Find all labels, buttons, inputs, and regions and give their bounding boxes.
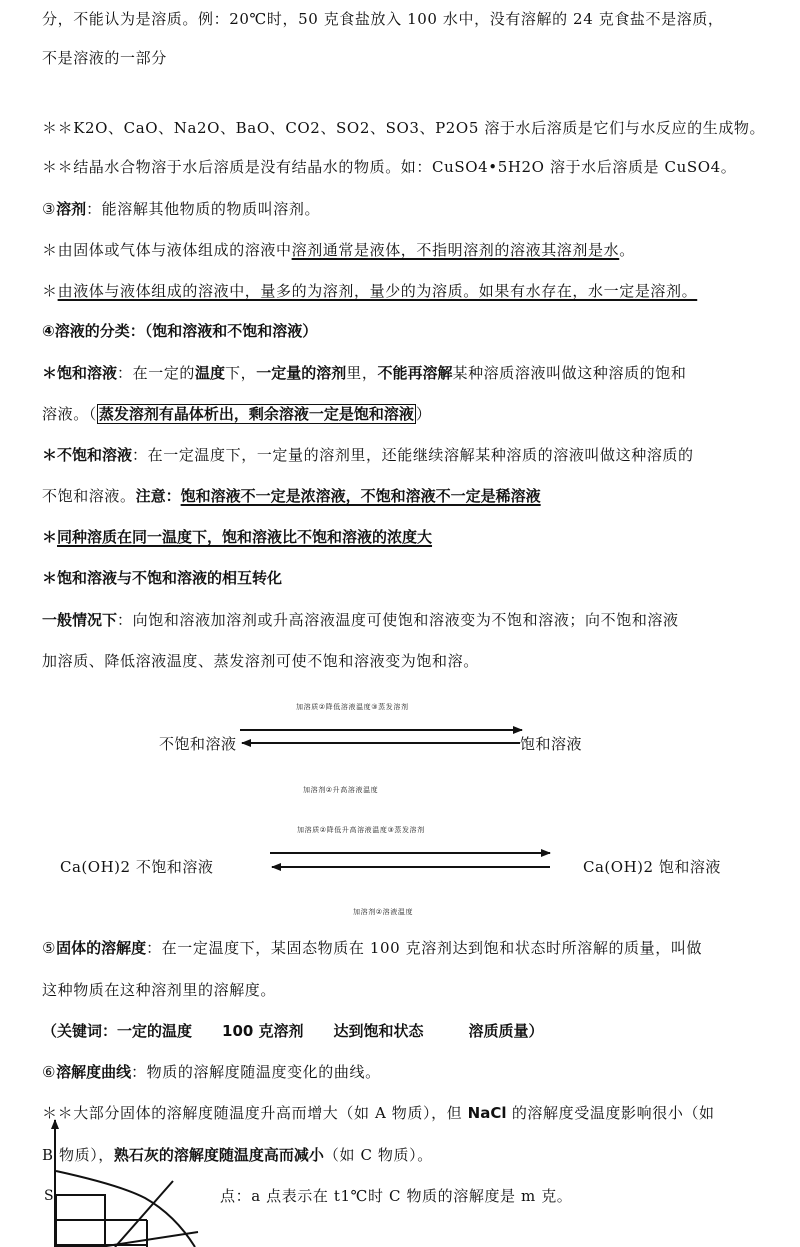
- diagram-graphics: [0, 0, 800, 1247]
- solubility-curve-graph: [55, 1120, 198, 1247]
